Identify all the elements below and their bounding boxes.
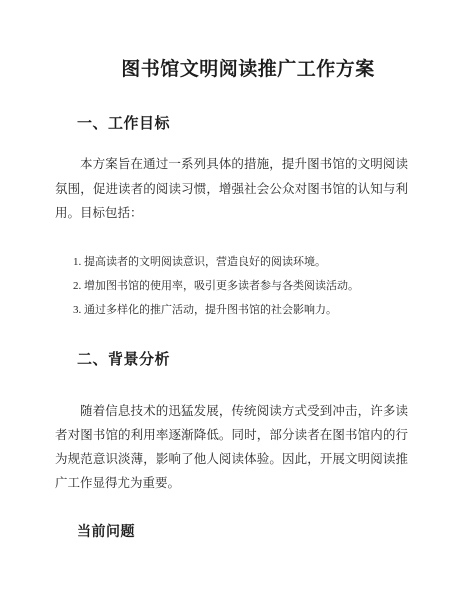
background-analysis-paragraph: 随着信息技术的迅猛发展，传统阅读方式受到冲击，许多读者对图书馆的利用率逐渐降低。… (55, 399, 408, 495)
document-title: 图书馆文明阅读推广工作方案 (55, 54, 441, 81)
goal-list-item-2: 2. 增加图书馆的使用率，吸引更多读者参与各类阅读活动。 (73, 274, 413, 298)
work-goals-paragraph: 本方案旨在通过一系列具体的措施，提升图书馆的文明阅读氛围，促进读者的阅读习惯，增… (55, 152, 408, 226)
goal-list: 1. 提高读者的文明阅读意识，营造良好的阅读环境。 2. 增加图书馆的使用率，吸… (73, 250, 413, 322)
goal-list-item-3: 3. 通过多样化的推广活动，提升图书馆的社会影响力。 (73, 298, 413, 322)
goal-list-item-1: 1. 提高读者的文明阅读意识，营造良好的阅读环境。 (73, 250, 413, 274)
sub-heading-current-problems: 当前问题 (77, 521, 135, 541)
document-page: 图书馆文明阅读推广工作方案 一、工作目标 本方案旨在通过一系列具体的措施，提升图… (0, 0, 463, 600)
section-heading-background-analysis: 二、背景分析 (77, 348, 170, 369)
section-heading-work-goals: 一、工作目标 (77, 112, 170, 133)
